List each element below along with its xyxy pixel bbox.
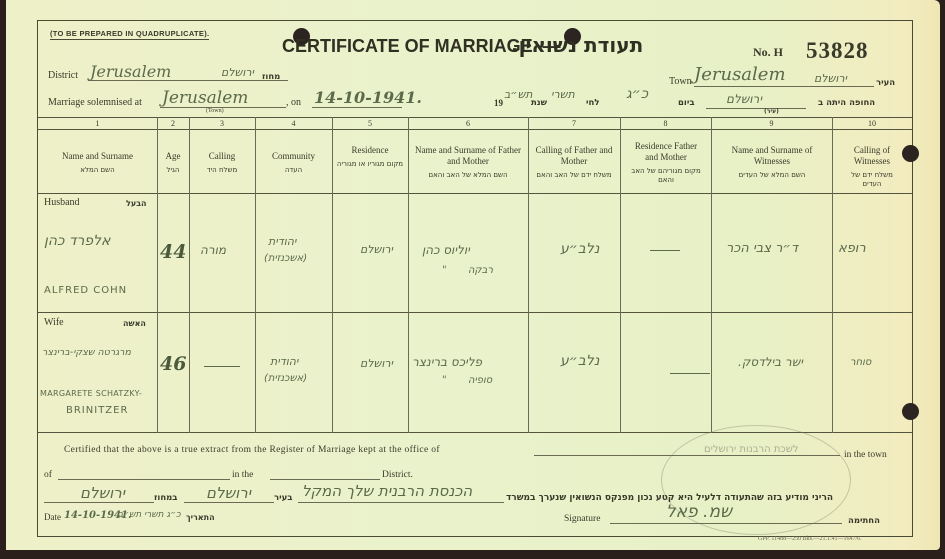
wife-community: יהודית xyxy=(270,355,298,368)
town-sublabel: (Town) xyxy=(206,108,224,114)
husband-parents-residence-dash xyxy=(650,250,680,251)
marriage-register-table: 1 2 3 4 5 6 7 8 9 10 Name and Surnameהשם… xyxy=(38,117,912,433)
husband-community: יהודית xyxy=(268,235,296,248)
hebrew-year-label: שנת xyxy=(531,98,547,108)
wife-parents-residence-dash xyxy=(670,373,710,374)
husband-community-sub: (אשכנזית) xyxy=(264,253,307,264)
column-number: 10 xyxy=(832,119,912,128)
column-number: 5 xyxy=(332,119,408,128)
column-header-parents-name: Name and Surname of Father and Motherהשם… xyxy=(413,145,523,180)
signature-label-hebrew: החתימה xyxy=(848,516,880,526)
husband-tag: Husband xyxy=(44,197,80,208)
husband-residence: ירושלם xyxy=(360,243,393,256)
town-value-hebrew: ירושלם xyxy=(814,72,847,85)
he-city-value: ירושלם xyxy=(206,484,251,502)
in-the-label: in the xyxy=(232,470,253,480)
column-header-witnesses-calling: Calling of Witnessesמשלח ידם של העדים xyxy=(846,145,898,189)
hebrew-year-value: תש״ב xyxy=(504,88,532,101)
hebrew-month-label: לחי xyxy=(586,98,600,108)
wife-residence: ירושלם xyxy=(360,357,393,370)
husband-name-english: ALFRED COHN xyxy=(44,285,127,296)
column-number: 4 xyxy=(255,119,332,128)
hebrew-place-sublabel: (עיר) xyxy=(764,108,779,115)
wife-name-hebrew: מרגרטה שצקי-ברינצר xyxy=(42,347,131,358)
title-hebrew: תעודת נשואין. xyxy=(511,33,643,57)
husband-name-hebrew: אלפרד כהן xyxy=(44,233,110,249)
column-number: 7 xyxy=(528,119,620,128)
in-the-town-label: in the town xyxy=(844,450,887,460)
he-city-line xyxy=(184,502,274,503)
certificate-paper: (TO BE PREPARED IN QUADRUPLICATE). CERTI… xyxy=(6,0,940,550)
he-district-line xyxy=(44,502,154,503)
hebrew-month-value: תשרי xyxy=(551,88,575,101)
husband-calling: מורה xyxy=(200,243,226,257)
column-divider xyxy=(711,117,712,433)
husband-witnesses: ד״ר צבי הכר xyxy=(726,241,798,256)
wife-witnesses: ישר בילדסק. xyxy=(738,355,803,369)
column-number: 1 xyxy=(38,119,157,128)
column-number: 6 xyxy=(408,119,528,128)
solemnised-label: Marriage solemnised at xyxy=(48,97,142,108)
on-label: , on xyxy=(286,97,301,108)
town-line xyxy=(694,86,874,87)
he-district-value: ירושלם xyxy=(80,484,125,502)
column-number: 8 xyxy=(620,119,711,128)
district-label-hebrew: מחוז xyxy=(262,72,280,82)
certificate-number-label: No. H xyxy=(753,45,783,60)
hebrew-place-label: החופה היתה ב xyxy=(818,98,875,108)
column-header-community: Communityהעדה xyxy=(255,151,332,175)
certification-statement: Certified that the above is a true extra… xyxy=(64,445,440,455)
column-number: 3 xyxy=(189,119,255,128)
husband-parents-mother: רבקה xyxy=(468,265,493,276)
ditto-mark: " xyxy=(442,375,447,386)
signature-value: שמ. פאל xyxy=(666,502,732,522)
wife-calling-dash xyxy=(204,366,240,367)
wife-name-english-line2: BRINITZER xyxy=(66,405,128,416)
district-label: District xyxy=(48,70,78,81)
column-header-parents-residence: Residence Father and Motherמקום מגוריהם … xyxy=(628,141,704,185)
column-divider xyxy=(408,117,409,433)
he-office-value: הכנסת הרבנית שלך המקל xyxy=(302,482,472,500)
hebrew-place-value: ירושלם xyxy=(726,92,762,106)
column-divider xyxy=(620,117,621,433)
row-divider xyxy=(38,312,912,313)
column-header-age: Ageהגיל xyxy=(157,151,189,175)
wife-name-english-line1: MARGARETE SCHATZKY- xyxy=(40,389,142,398)
wife-parents-calling: נלב״ע xyxy=(560,353,599,369)
wife-witnesses-calling: סוחר xyxy=(850,357,871,368)
date-label: Date xyxy=(44,512,61,522)
husband-parents-father: יוליוס כהן xyxy=(422,243,470,257)
he-office-line xyxy=(298,502,504,503)
date-line xyxy=(312,107,402,108)
certificate-number: 53828 xyxy=(806,38,869,64)
column-header-name: Name and Surnameהשם המלא xyxy=(38,151,157,175)
district-value-hebrew: ירושלם xyxy=(221,66,254,79)
column-header-parents-calling: Calling of Father and Motherמשלח ידם של … xyxy=(528,145,620,180)
wife-parents-mother: סופיה xyxy=(468,375,492,386)
wife-parents-father: פליכס ברינצר xyxy=(412,355,482,369)
husband-age: 44 xyxy=(160,241,186,263)
column-header-witnesses: Name and Surname of Witnessesהשם המלא של… xyxy=(726,145,818,180)
solemnised-value: Jerusalem xyxy=(162,88,248,108)
husband-witnesses-calling: רופא xyxy=(838,241,866,256)
district-suffix-label: District. xyxy=(382,470,413,480)
hebrew-place-line xyxy=(706,108,806,109)
column-header-calling: Callingמשלח היד xyxy=(189,151,255,175)
column-divider xyxy=(832,117,833,433)
stamp-text: לשכת הרבנות ירושלים xyxy=(704,444,799,455)
office-line xyxy=(534,455,840,456)
wife-community-sub: (אשכנזית) xyxy=(264,373,307,384)
signature-line xyxy=(610,523,842,524)
year-prefix: 19 xyxy=(494,98,503,108)
hebrew-day-value: כ״ג xyxy=(626,86,648,102)
of-label: of xyxy=(44,470,52,480)
printer-note: GPP. 11488—250 Bks.—21.1.41—1647/6. xyxy=(758,536,862,542)
date-label-hebrew: התאריך xyxy=(186,513,215,522)
he-city-label: בעיר xyxy=(274,493,292,503)
husband-tag-hebrew: הבעל xyxy=(126,199,147,208)
table-top-rule xyxy=(38,117,912,118)
ditto-mark: " xyxy=(442,265,447,276)
hebrew-day-label: ביום xyxy=(678,98,695,108)
column-header-residence: Residenceמקום מגוריו או מגוריה xyxy=(332,145,408,169)
district-value: Jerusalem xyxy=(90,62,171,81)
wife-tag: Wife xyxy=(44,317,64,328)
column-number-rule xyxy=(38,129,912,130)
marriage-date: 14-10-1941. xyxy=(314,88,422,107)
signature-label: Signature xyxy=(564,514,600,524)
town-value: Jerusalem xyxy=(694,64,786,85)
column-number: 9 xyxy=(711,119,832,128)
of-line xyxy=(58,479,230,480)
town-label-hebrew: העיר xyxy=(876,78,895,88)
quadruplicate-instruction: (TO BE PREPARED IN QUADRUPLICATE). xyxy=(50,29,209,40)
column-number: 2 xyxy=(157,119,189,128)
district-blank-line xyxy=(270,479,380,480)
header-rule xyxy=(38,193,912,194)
husband-parents-calling: נלב״ע xyxy=(560,241,599,257)
he-district-label: במחוז xyxy=(154,493,178,503)
certification-date-hebrew: כ״ג תשרי תש״ב xyxy=(118,510,181,520)
wife-tag-hebrew: האשה xyxy=(123,319,146,328)
town-label: Town xyxy=(669,76,692,87)
wife-age: 46 xyxy=(160,353,186,375)
